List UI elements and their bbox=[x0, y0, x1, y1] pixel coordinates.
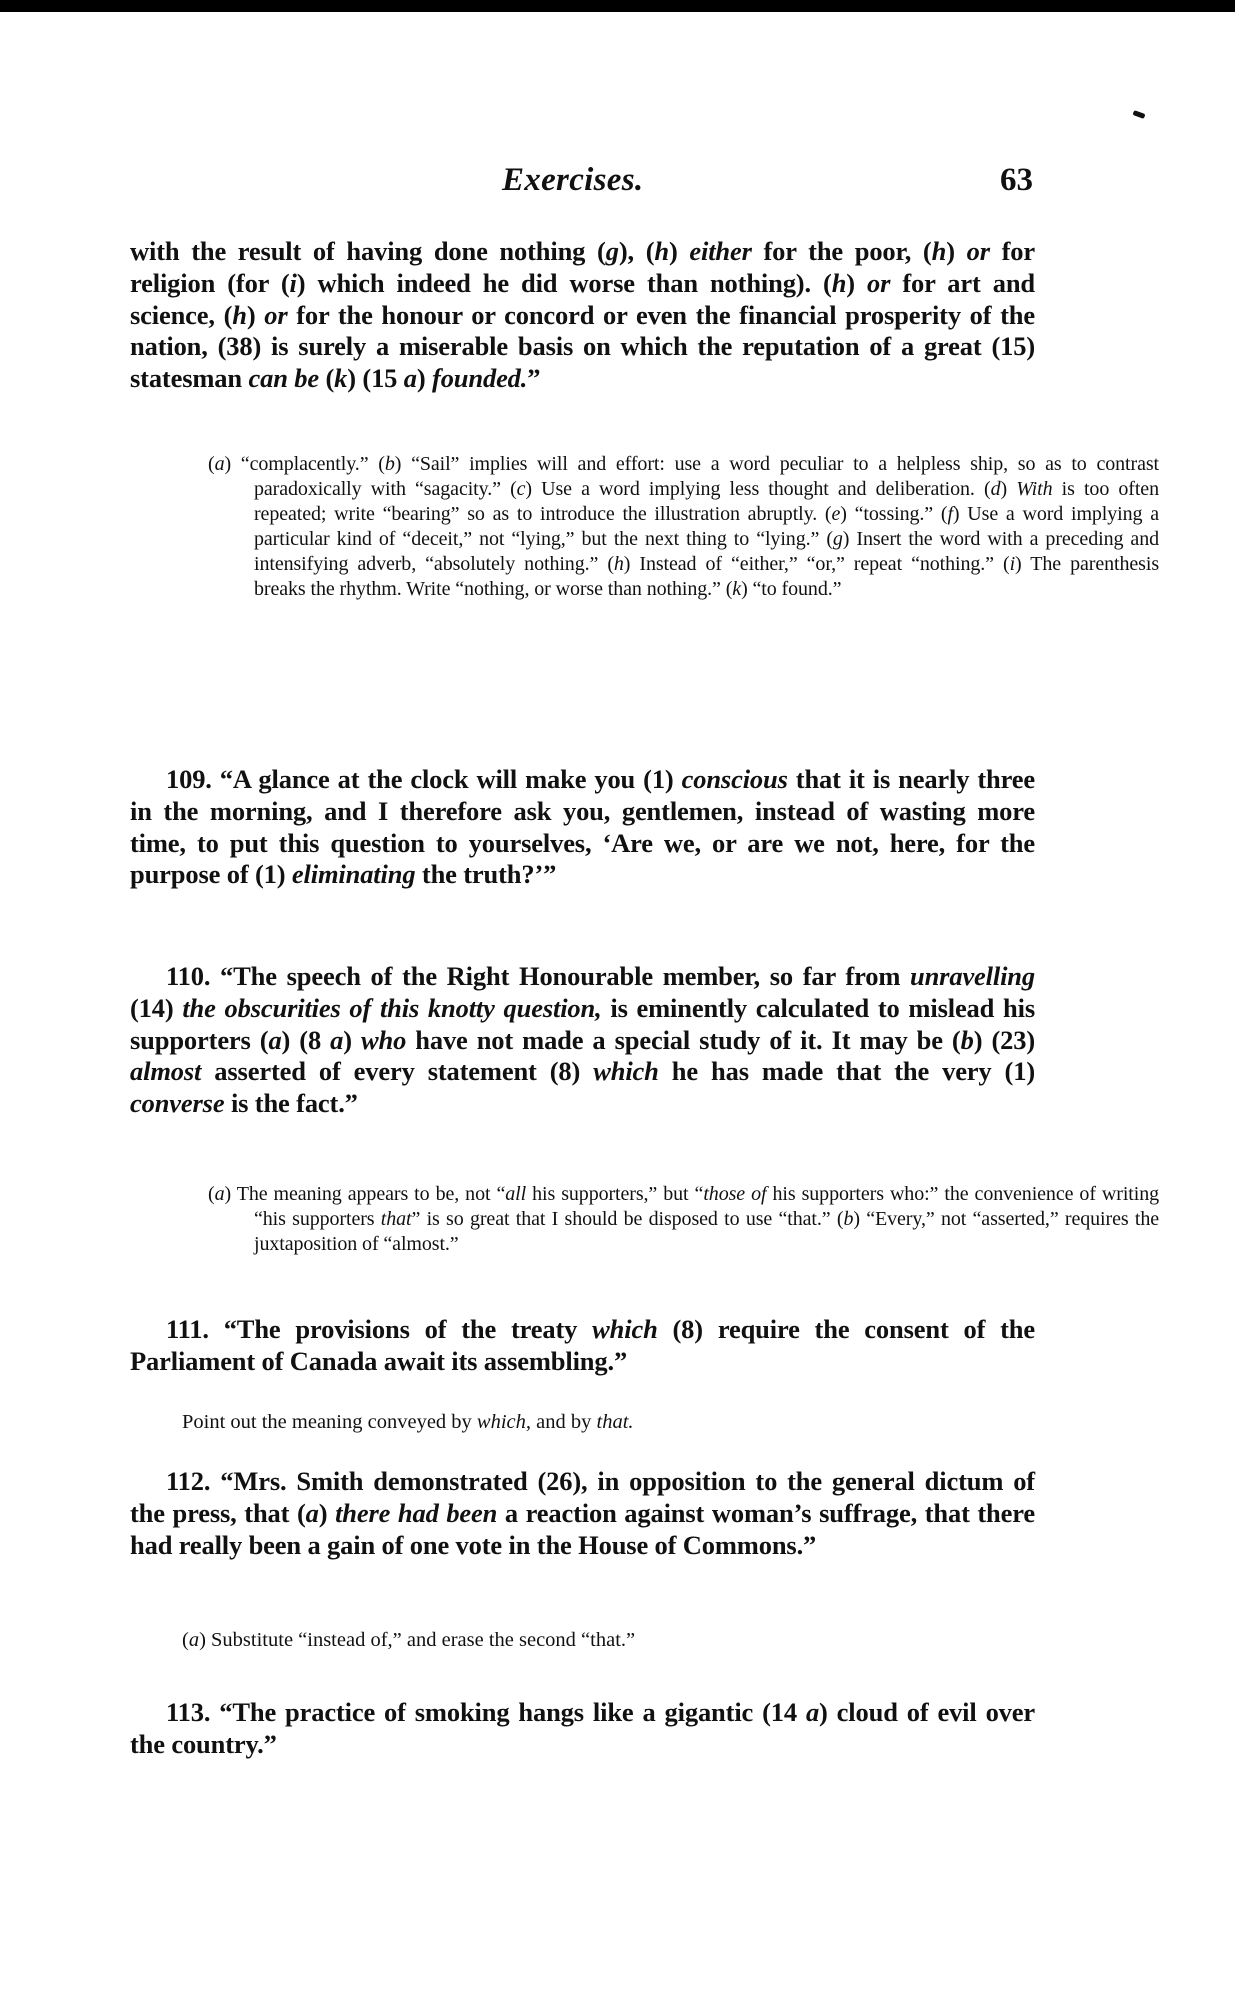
text-run: ) Instead of “either,” “or,” repeat “not… bbox=[624, 553, 1010, 575]
text-run: for the poor, ( bbox=[752, 236, 932, 266]
exercise-111: 111. “The provisions of the treaty which… bbox=[130, 1314, 1035, 1378]
italic-text-run: e bbox=[832, 503, 841, 525]
text-run: ) “to found.” bbox=[741, 578, 841, 600]
italic-text-run: or bbox=[264, 300, 287, 330]
italic-text-run: b bbox=[961, 1025, 974, 1055]
text-run: ), ( bbox=[619, 236, 655, 266]
text-run: and by bbox=[531, 1411, 596, 1433]
italic-text-run: there had been bbox=[335, 1498, 497, 1528]
text-run: his supporters,” but “ bbox=[526, 1183, 703, 1205]
italic-text-run: h bbox=[832, 268, 847, 298]
text-run: 110. “The speech of the Right Honourable… bbox=[166, 961, 910, 991]
text-run: have not made a special study of it. It … bbox=[406, 1025, 960, 1055]
italic-text-run: a bbox=[306, 1498, 319, 1528]
text-run: 113. “The practice of smoking hangs like… bbox=[166, 1697, 806, 1727]
italic-text-run: With bbox=[1016, 478, 1052, 500]
italic-text-run: d bbox=[991, 478, 1001, 500]
italic-text-run: a bbox=[330, 1025, 343, 1055]
text-run: ) bbox=[417, 363, 432, 393]
italic-text-run: k bbox=[732, 578, 741, 600]
exercise-109: 109. “A glance at the clock will make yo… bbox=[130, 764, 1035, 891]
italic-text-run: converse bbox=[130, 1088, 224, 1118]
italic-text-run: h bbox=[614, 553, 624, 575]
text-run: ) bbox=[669, 236, 689, 266]
text-run: ) “complacently.” ( bbox=[224, 453, 384, 475]
text-run: 111. “The provisions of the treaty bbox=[166, 1314, 592, 1344]
text-run: ) (23) bbox=[974, 1025, 1035, 1055]
italic-text-run: h bbox=[932, 236, 947, 266]
text-run: asserted of every statement (8) bbox=[201, 1056, 593, 1086]
italic-text-run: a bbox=[806, 1697, 819, 1727]
italic-text-run: h bbox=[232, 300, 247, 330]
italic-text-run: the obscurities of this knotty question, bbox=[182, 993, 601, 1023]
text-run: ) bbox=[946, 236, 966, 266]
continuation-footnotes: (a) “complacently.” (b) “Sail” implies w… bbox=[130, 452, 1159, 602]
exercise-112: 112. “Mrs. Smith demonstrated (26), in o… bbox=[130, 1466, 1035, 1561]
italic-text-run: unravelling bbox=[910, 961, 1035, 991]
italic-text-run: or bbox=[967, 236, 990, 266]
italic-text-run: that. bbox=[597, 1411, 634, 1433]
italic-text-run: almost bbox=[130, 1056, 201, 1086]
italic-text-run: b bbox=[385, 453, 395, 475]
text-run: ) bbox=[846, 268, 867, 298]
italic-text-run: k bbox=[334, 363, 347, 393]
italic-text-run: which, bbox=[477, 1411, 531, 1433]
italic-text-run: eliminating bbox=[292, 859, 416, 889]
italic-text-run: can be bbox=[248, 363, 319, 393]
italic-text-run: either bbox=[689, 236, 751, 266]
italic-text-run: a bbox=[189, 1629, 199, 1651]
text-run: ( bbox=[182, 1629, 189, 1651]
italic-text-run: a bbox=[268, 1025, 281, 1055]
text-run: ) Use a word implying less thought and d… bbox=[525, 478, 990, 500]
text-run: 109. “A glance at the clock will make yo… bbox=[166, 764, 682, 794]
text-run: ) Substitute “instead of,” and erase the… bbox=[199, 1629, 635, 1651]
exercise-111-instruction: Point out the meaning conveyed by which,… bbox=[130, 1410, 1087, 1435]
italic-text-run: g bbox=[833, 528, 843, 550]
italic-text-run: b bbox=[843, 1208, 853, 1230]
italic-text-run: all bbox=[505, 1183, 526, 1205]
italic-text-run: which bbox=[593, 1056, 659, 1086]
exercise-110-footnotes: (a) The meaning appears to be, not “all … bbox=[130, 1182, 1159, 1257]
text-run: ” is so great that I should be disposed … bbox=[412, 1208, 844, 1230]
text-run: Point out the meaning conveyed by bbox=[182, 1411, 477, 1433]
text-run: is the fact.” bbox=[224, 1088, 357, 1118]
running-title: Exercises. bbox=[502, 162, 643, 199]
text-run: he has made that the very (1) bbox=[659, 1056, 1035, 1086]
italic-text-run: h bbox=[654, 236, 669, 266]
page-number: 63 bbox=[1000, 162, 1033, 199]
scan-top-border bbox=[0, 0, 1235, 12]
italic-text-run: g bbox=[606, 236, 619, 266]
italic-text-run: conscious bbox=[682, 764, 788, 794]
text-run: ) bbox=[343, 1025, 361, 1055]
text-run: ) bbox=[247, 300, 264, 330]
text-run: ) bbox=[1000, 478, 1016, 500]
text-run: ) (15 bbox=[347, 363, 404, 393]
exercise-113: 113. “The practice of smoking hangs like… bbox=[130, 1697, 1035, 1761]
italic-text-run: founded. bbox=[432, 363, 527, 393]
continuation-paragraph: with the result of having done nothing (… bbox=[130, 236, 1035, 395]
italic-text-run: who bbox=[361, 1025, 406, 1055]
text-run: (14) bbox=[130, 993, 182, 1023]
italic-text-run: a bbox=[404, 363, 417, 393]
text-run: ) “tossing.” ( bbox=[840, 503, 947, 525]
text-run: ) which indeed he did worse than nothing… bbox=[297, 268, 832, 298]
italic-text-run: those of bbox=[703, 1183, 766, 1205]
italic-text-run: a bbox=[215, 1183, 225, 1205]
text-run: ) (8 bbox=[282, 1025, 331, 1055]
ink-smudge bbox=[1133, 110, 1146, 119]
page-header: Exercises. 63 bbox=[130, 162, 1035, 206]
exercise-112-instruction: (a) Substitute “instead of,” and erase t… bbox=[130, 1628, 1087, 1653]
text-run: ( bbox=[319, 363, 334, 393]
italic-text-run: which bbox=[592, 1314, 658, 1344]
italic-text-run: or bbox=[867, 268, 890, 298]
exercise-110: 110. “The speech of the Right Honourable… bbox=[130, 961, 1035, 1120]
text-run: with the result of having done nothing ( bbox=[130, 236, 606, 266]
text-run: ) bbox=[319, 1498, 335, 1528]
text-run: ” bbox=[527, 363, 540, 393]
italic-text-run: that bbox=[381, 1208, 412, 1230]
italic-text-run: a bbox=[215, 453, 225, 475]
italic-text-run: i bbox=[290, 268, 297, 298]
text-run: ) The meaning appears to be, not “ bbox=[224, 1183, 505, 1205]
text-run: the truth?’” bbox=[415, 859, 556, 889]
